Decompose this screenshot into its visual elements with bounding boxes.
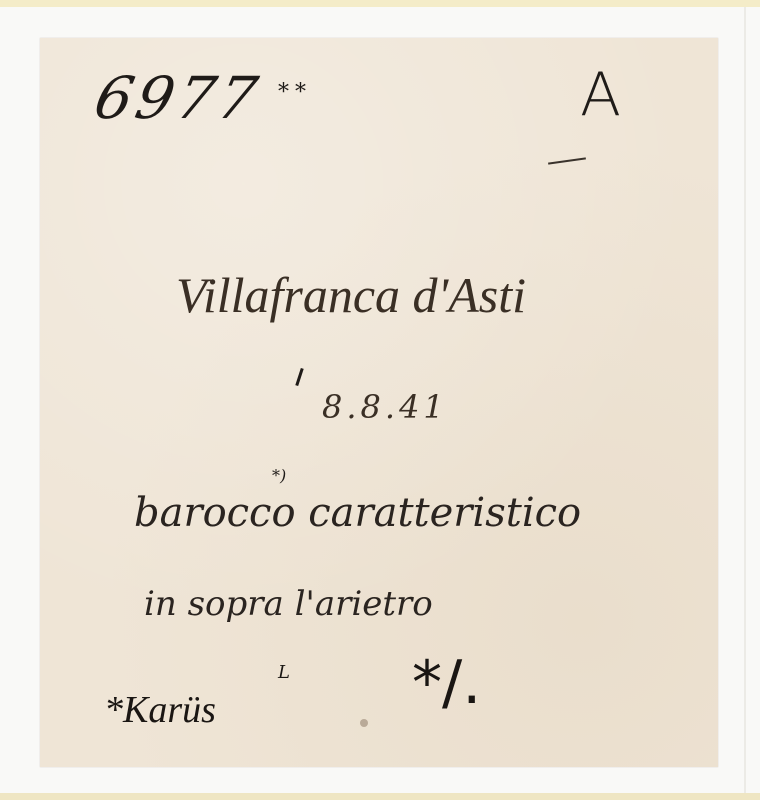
note-line-1: barocco caratteristico [134, 490, 581, 536]
sign-mark: */. [412, 648, 481, 718]
catalog-marks: ** [278, 80, 312, 105]
date-text: 8.8.41 [322, 388, 448, 426]
locality-text: Villafranca d'Asti [176, 266, 526, 324]
note-line-2: in sopra l'arietro [144, 584, 433, 624]
catalog-number: 6977 [89, 64, 267, 132]
paper-label: 6977 ** A Villafranca d'Asti 8.8.41 *) b… [40, 38, 718, 767]
bottom-edge-strip [0, 793, 760, 800]
note-marker: *) [272, 466, 286, 485]
letter-underline [548, 157, 586, 164]
tick-mark [295, 368, 303, 386]
top-edge-strip [0, 0, 760, 7]
name-text: *Karüs [104, 688, 216, 732]
category-letter: A [580, 60, 621, 130]
mount-edge-line [744, 7, 746, 793]
name-accent-mark: L [278, 662, 290, 683]
ink-spot [360, 719, 368, 727]
